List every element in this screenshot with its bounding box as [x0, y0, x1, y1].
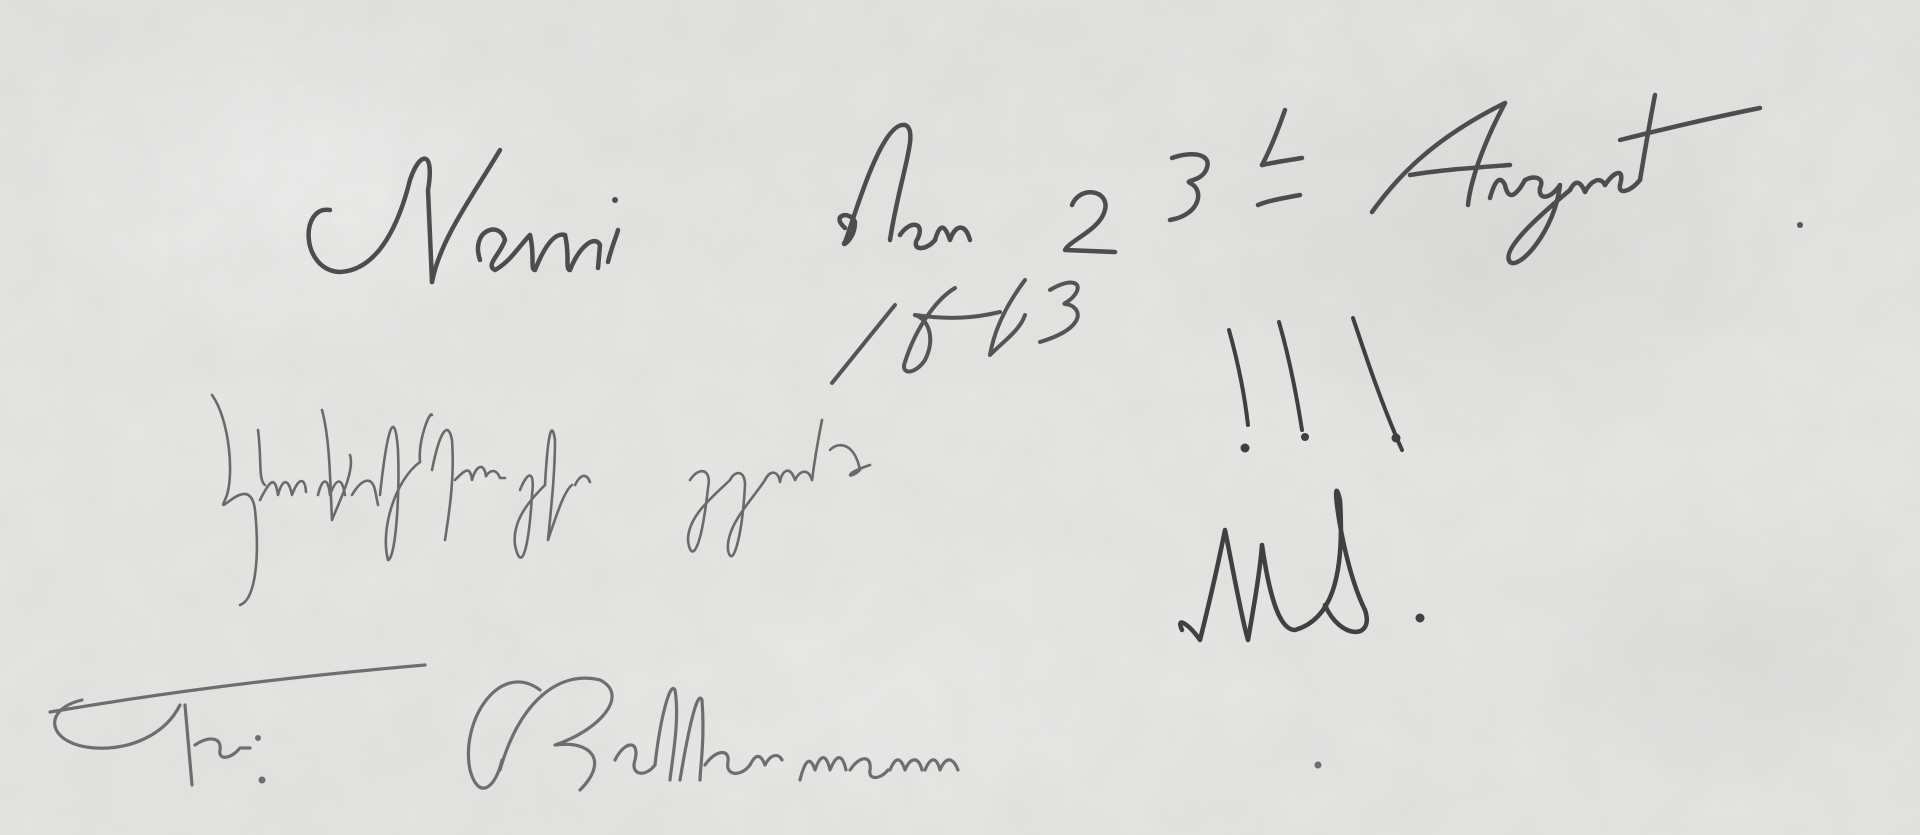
date-line: Narni den 23te August [320, 160, 1041, 251]
note-line: Zum Kunstsachsgelehrten gegenwärtig [210, 430, 834, 477]
handwritten-document: Narni den 23te August 1863 Zum Kunstsach… [0, 0, 1920, 835]
year-line: 1863 [830, 280, 970, 360]
signature-line: Fot: C. Bellermann. [60, 690, 704, 781]
initials: M.S. [1180, 510, 1382, 637]
note-line-ink [212, 395, 870, 605]
exclamation-mark: !!! [1230, 330, 1320, 433]
